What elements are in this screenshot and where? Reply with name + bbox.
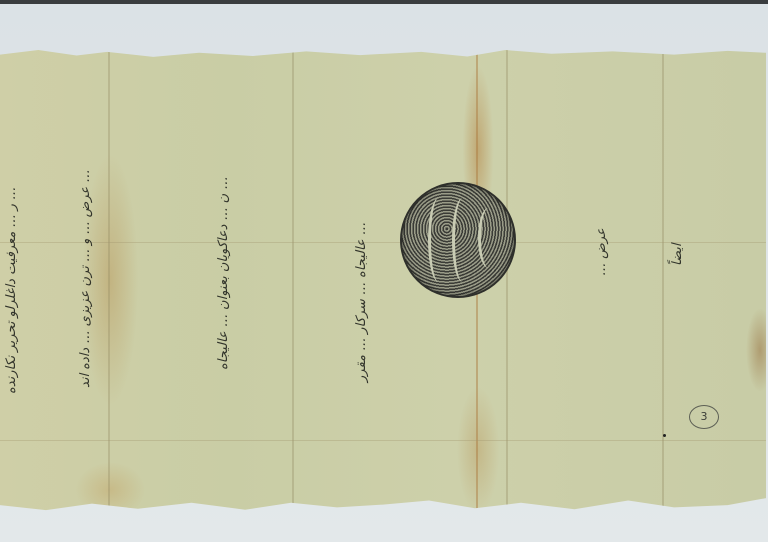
fold-crease [662,50,664,512]
text-column: ایضاً [670,206,685,266]
seal-calligraphy-stroke [478,208,499,268]
text-column: عالیجاه … سرکار … مقرر … [354,62,369,382]
fold-crease [0,242,766,243]
seal-stamp [400,182,516,298]
text-column: عرض … و … ترن عزیزی … داده اند … [78,78,93,388]
fold-crease [0,440,766,441]
page-number-annotation: 3 [689,405,719,429]
ink-dot [663,434,666,437]
text-column: ر … معرفیت داغلرلو تحریر نکارنده … [4,74,19,394]
text-column: … عرض [594,216,609,276]
text-column: ن … دعاکویان بعنوان … عالیجاه … [216,70,231,370]
seal-calligraphy-stroke [452,198,473,282]
fold-crease [108,50,110,512]
seal-calligraphy-stroke [428,198,449,282]
fold-crease [292,50,294,512]
manuscript-page: ر … معرفیت داغلرلو تحریر نکارنده … عرض …… [0,50,766,512]
fold-crease [506,50,508,512]
